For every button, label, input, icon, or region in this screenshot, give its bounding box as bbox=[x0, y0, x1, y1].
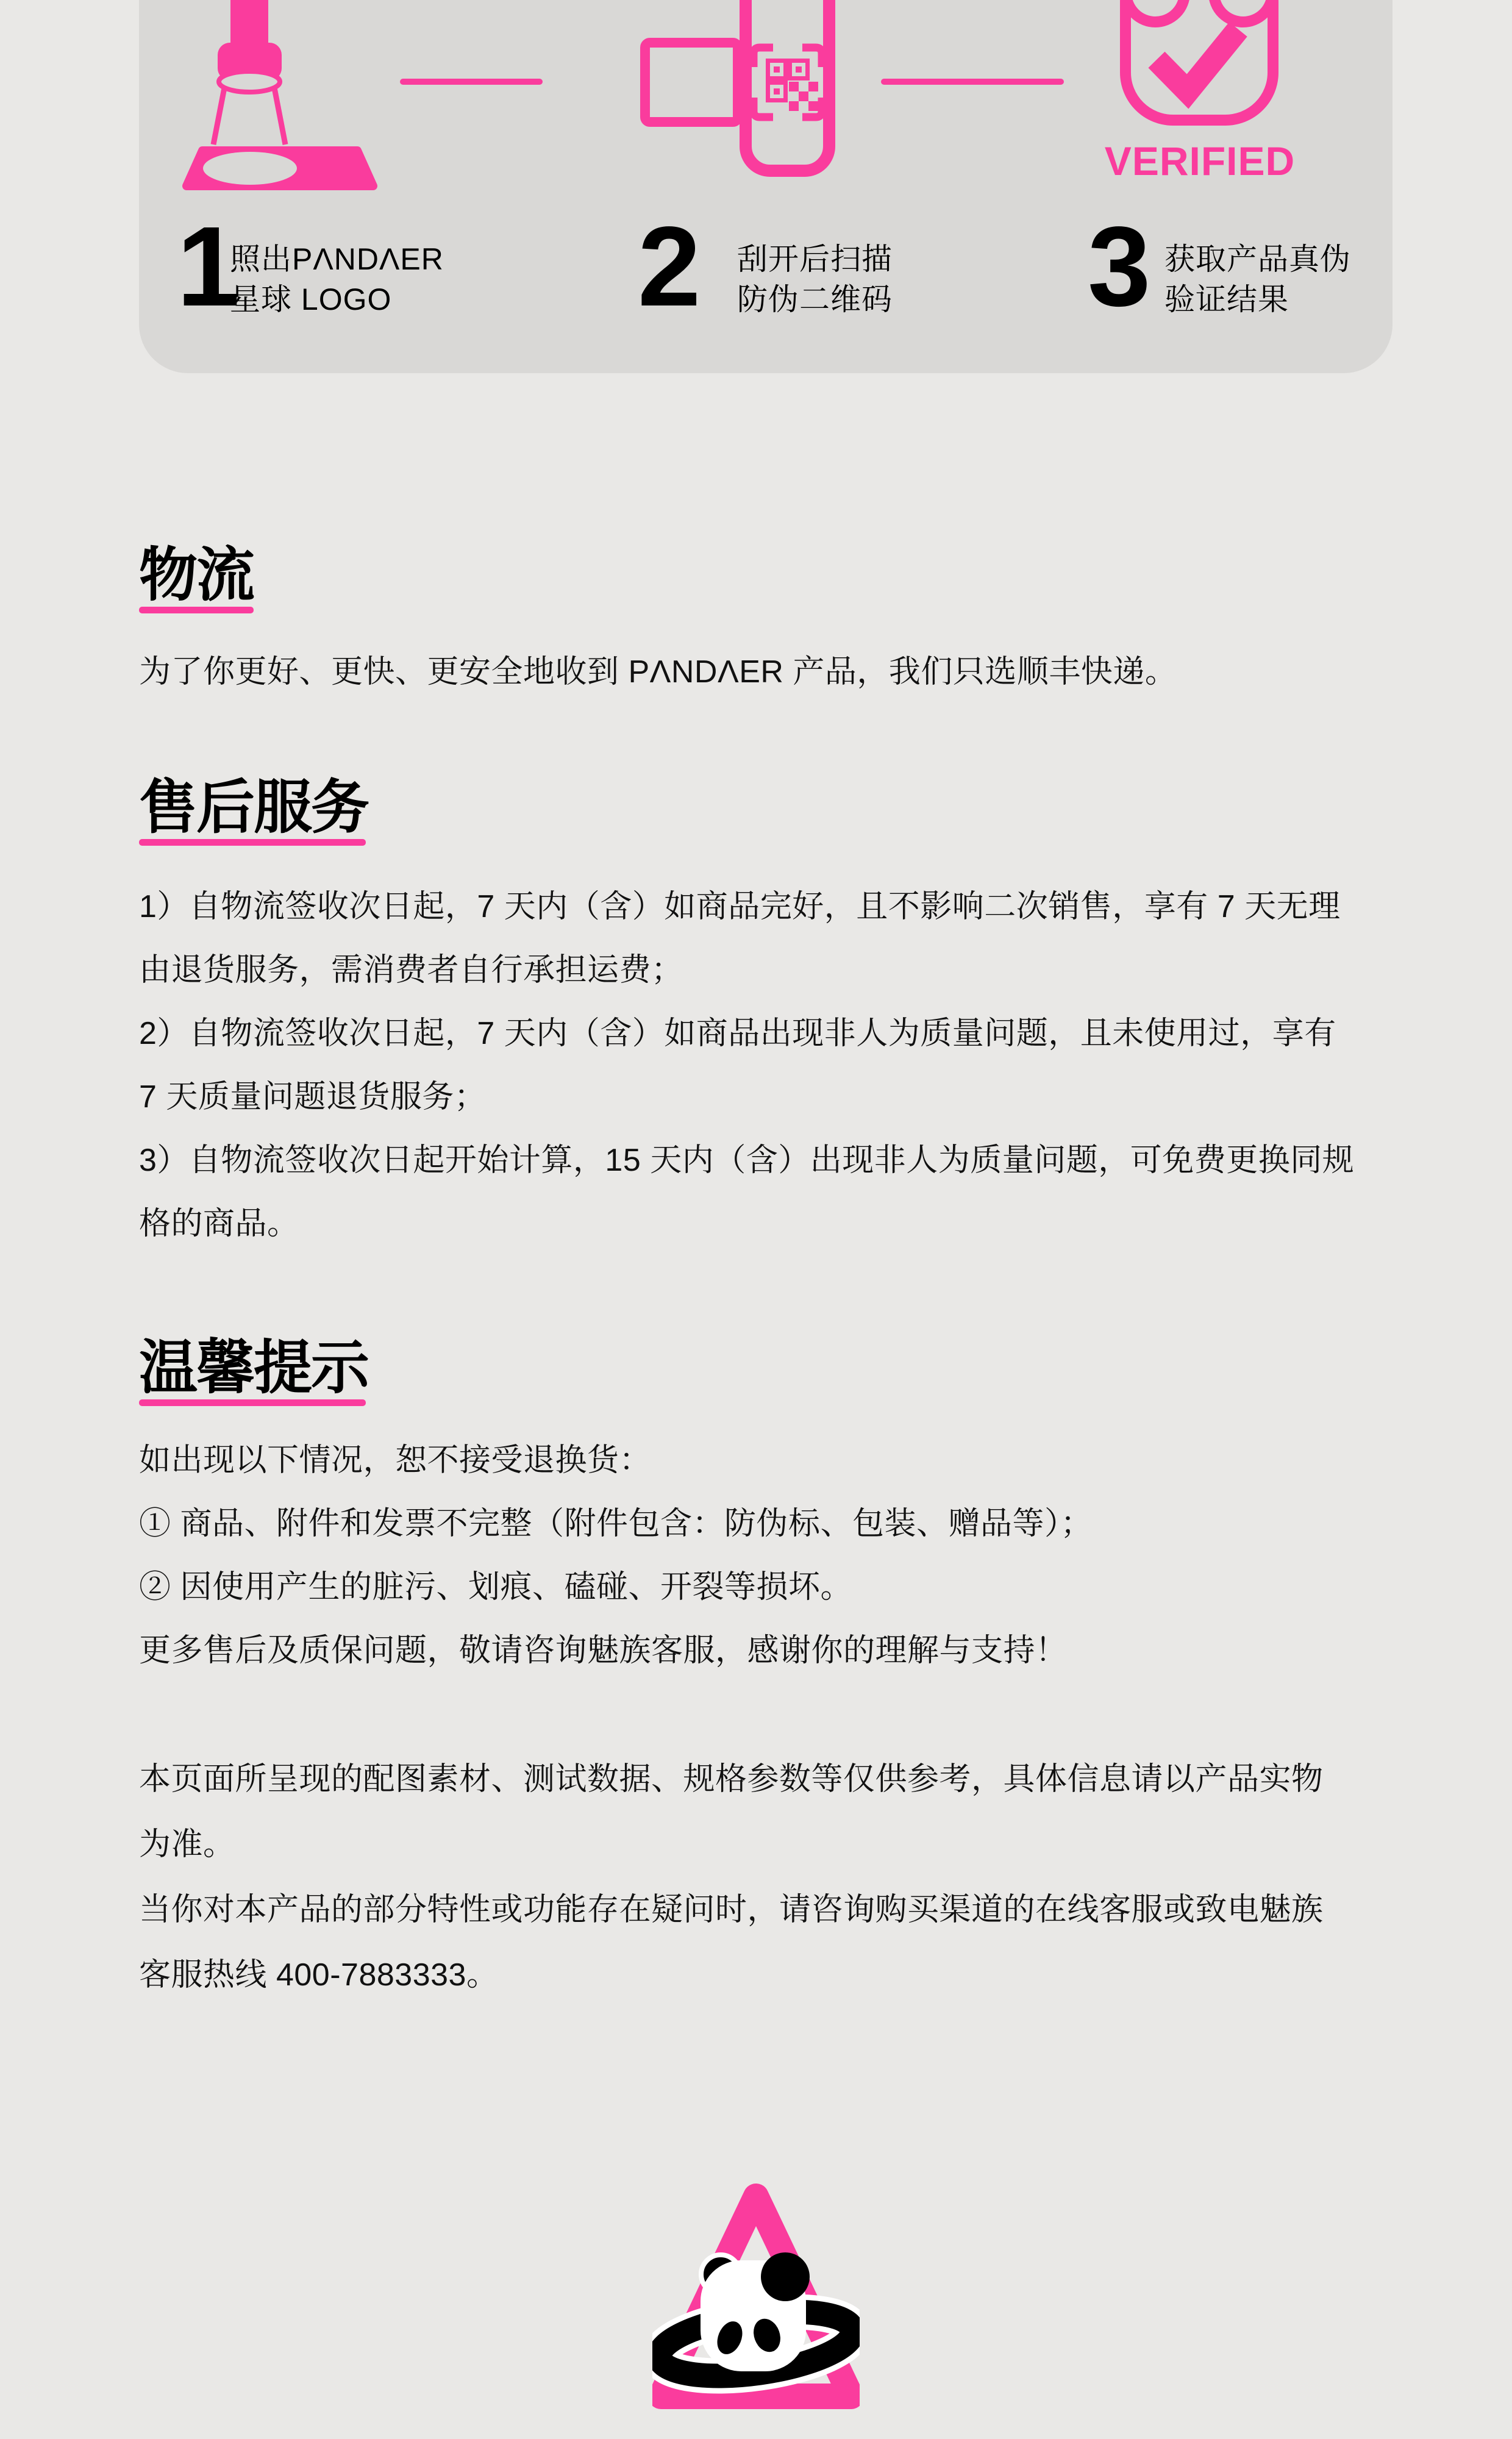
heading-underline bbox=[139, 839, 366, 846]
aftersales-line: 7 天质量问题退货服务； bbox=[139, 1079, 486, 1115]
disclaimer-line: 客服热线 400-7883333。 bbox=[139, 1957, 498, 1993]
aftersales-line: 3）自物流签收次日起开始计算，15 天内（含）出现非人为质量问题，可免费更换同规 bbox=[139, 1142, 1354, 1179]
step-3-label: 获取产品真伪 验证结果 bbox=[1164, 239, 1351, 320]
tips-line: ① 商品、附件和发票不完整（附件包含：防伪标、包装、赠品等）； bbox=[139, 1505, 1093, 1542]
uv-lamp-icon bbox=[177, 0, 378, 195]
disclaimer-line: 为准。 bbox=[139, 1826, 235, 1863]
section-heading-aftersales: 售后服务 bbox=[139, 776, 368, 840]
heading-underline bbox=[139, 607, 254, 613]
section-heading-tips: 温馨提示 bbox=[139, 1337, 368, 1400]
aftersales-line: 格的商品。 bbox=[139, 1205, 299, 1242]
tips-line: 更多售后及质保问题，敬请咨询魅族客服，感谢你的理解与支持！ bbox=[139, 1632, 1068, 1669]
section-heading-logistics: 物流 bbox=[139, 544, 254, 607]
heading-underline bbox=[139, 1399, 366, 1406]
step-2-label-line2: 防伪二维码 bbox=[737, 279, 893, 320]
disclaimer-line: 本页面所呈现的配图素材、测试数据、规格参数等仅供参考，具体信息请以产品实物 bbox=[139, 1761, 1324, 1798]
pandaer-panda-logo bbox=[652, 2178, 860, 2437]
tips-line: ② 因使用产生的脏污、划痕、磕碰、开裂等损坏。 bbox=[139, 1569, 852, 1605]
step-1-number: 1 bbox=[177, 210, 237, 324]
aftersales-line: 1）自物流签收次日起，7 天内（含）如商品完好，且不影响二次销售，享有 7 天无… bbox=[139, 888, 1341, 925]
bear-verified-icon bbox=[1119, 0, 1280, 128]
step-3-label-line2: 验证结果 bbox=[1164, 279, 1351, 320]
connector-dash-2 bbox=[881, 79, 1064, 85]
verified-badge-text: VERIFIED bbox=[1091, 141, 1308, 181]
step-3-label-line1: 获取产品真伪 bbox=[1164, 239, 1351, 279]
step-1-label: 照出PΛNDΛER 星球 LOGO bbox=[230, 239, 444, 320]
step-3-number: 3 bbox=[1088, 210, 1148, 324]
step-2-label-line1: 刮开后扫描 bbox=[737, 239, 893, 279]
qr-scan-phone-icon bbox=[634, 0, 841, 183]
tips-line: 如出现以下情况，恕不接受退换货： bbox=[139, 1442, 651, 1479]
step-1-label-line1: 照出PΛNDΛER bbox=[230, 239, 444, 279]
step-2-number: 2 bbox=[638, 210, 698, 324]
logistics-text: 为了你更好、更快、更安全地收到 PΛNDΛER 产品，我们只选顺丰快递。 bbox=[139, 654, 1177, 690]
aftersales-line: 由退货服务，需消费者自行承担运费； bbox=[139, 952, 683, 988]
page: VERIFIED 1 照出PΛNDΛER 星球 LOGO 2 刮开后扫描 防伪二… bbox=[0, 0, 1512, 2439]
connector-dash-1 bbox=[400, 79, 543, 85]
step-1-label-line2: 星球 LOGO bbox=[230, 279, 444, 320]
verification-steps-card: VERIFIED 1 照出PΛNDΛER 星球 LOGO 2 刮开后扫描 防伪二… bbox=[139, 0, 1393, 373]
step-2-label: 刮开后扫描 防伪二维码 bbox=[737, 239, 893, 320]
aftersales-line: 2）自物流签收次日起，7 天内（含）如商品出现非人为质量问题，且未使用过，享有 bbox=[139, 1015, 1336, 1052]
disclaimer-line: 当你对本产品的部分特性或功能存在疑问时，请咨询购买渠道的在线客服或致电魅族 bbox=[139, 1891, 1324, 1928]
